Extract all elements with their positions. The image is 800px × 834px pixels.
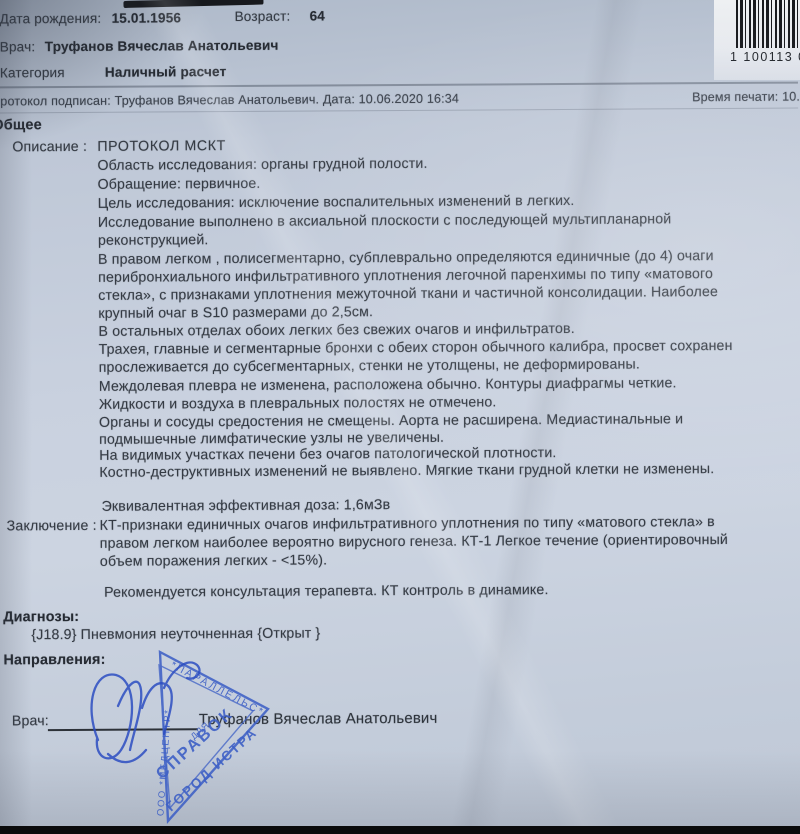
protocol-signed-line: Протокол подписан: Труфанов Вячеслав Ана… [0, 92, 459, 109]
conclusion-line: объем поражения легких - <15%). [100, 552, 327, 569]
category-value: Наличный расчет [105, 64, 227, 80]
description-line: В правом легком , полисегментарно, субпл… [98, 248, 714, 268]
diagnoses-label: Диагнозы: [3, 609, 79, 625]
doctor-label: Врач: [0, 39, 35, 54]
recommendation-line: Рекомендуется консультация терапевта. КТ… [104, 582, 549, 601]
birthdate-label: Дата рождения: [0, 11, 101, 27]
doctor-sign-name: Труфанов Вячеслав Анатольевич [199, 710, 438, 728]
conclusion-line: правом легком наиболее вероятно вирусног… [100, 532, 728, 552]
age-value: 64 [310, 8, 326, 23]
signature-underline [48, 728, 198, 731]
description-line: прослеживается до субсегментарных, стенк… [99, 357, 640, 376]
description-line: На видимых участках печени без очагов па… [99, 445, 556, 464]
category-label: Категория [0, 65, 65, 80]
doctor-sign-label: Врач: [12, 713, 49, 729]
description-line: Цель исследования: исключение воспалител… [98, 193, 575, 212]
section-general-title: Общее [0, 117, 42, 133]
description-line: Исследование выполнено в аксиальной плос… [98, 211, 672, 231]
divider-line [0, 82, 798, 89]
referrals-label: Направления: [3, 652, 105, 669]
description-line: Междолевая плевра не изменена, расположе… [99, 375, 677, 395]
diagnosis-value: {J18.9} Пневмония неуточненная {Открыт } [31, 625, 320, 643]
document-page: Дата рождения: 15.01.1956 Возраст: 64 Вр… [0, 0, 800, 834]
dose-line: Эквивалентная эффективная доза: 1,6мЗв [101, 497, 390, 515]
description-line: перибронхиального инфильтративного уплот… [98, 266, 713, 286]
description-line: Трахея, главные и сегментарные бронхи с … [99, 338, 733, 358]
print-time-label: Время печати: [692, 90, 778, 105]
description-line: Область исследования: органы грудной пол… [97, 156, 427, 174]
conclusion-label: Заключение : [7, 518, 97, 535]
bottom-bar [0, 826, 800, 834]
divider-line-faint [0, 108, 798, 114]
description-line: Органы и сосуды средостения не смещены. … [99, 411, 683, 431]
birthdate-value: 15.01.1956 [112, 10, 182, 25]
description-title: ПРОТОКОЛ МСКТ [97, 138, 226, 155]
print-time-value: 10.0 [782, 90, 800, 104]
doctor-value: Труфанов Вячеслав Анатольевич [45, 38, 279, 54]
age-label: Возраст: [235, 9, 291, 24]
cropped-text-fragment [123, 0, 263, 8]
description-line: крупный очаг в S10 размерами до 2,5см. [98, 304, 373, 322]
barcode-patch: 1 100113 0 [714, 0, 800, 80]
description-line: В остальных отделах обоих легких без све… [98, 321, 574, 340]
document-photo: Дата рождения: 15.01.1956 Возраст: 64 Вр… [0, 0, 800, 834]
description-line: Жидкости и воздуха в плевральных полостя… [99, 394, 497, 412]
barcode-number: 1 100113 0 [730, 50, 800, 64]
description-line: Костно-деструктивных изменений не выявле… [99, 461, 714, 481]
description-line: Обращение: первичное. [98, 176, 261, 193]
description-line: реконструкцией. [98, 232, 209, 249]
description-line: стекла», с признаками уплотнения межуточ… [98, 284, 718, 304]
description-label: Описание : [12, 139, 87, 155]
barcode [736, 0, 800, 48]
conclusion-line: КТ-признаки единичных очагов инфильтрати… [100, 514, 715, 534]
